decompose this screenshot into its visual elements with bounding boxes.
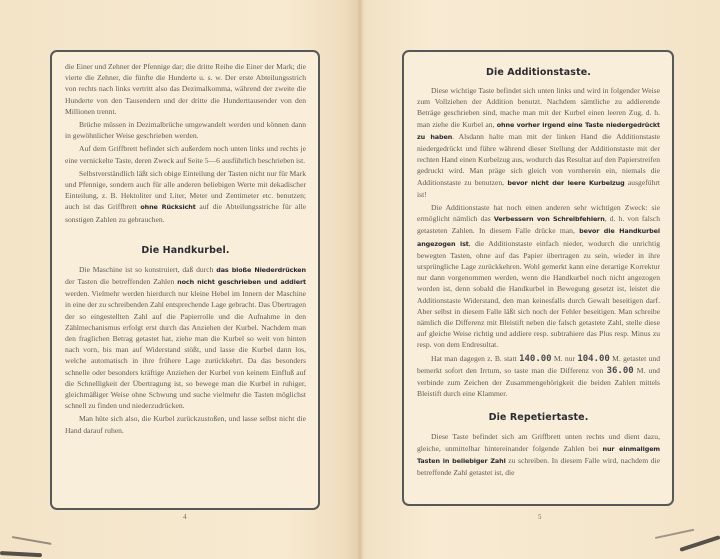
text-run: der Tasten die betreffenden Zahlen (65, 277, 177, 286)
additionstaste-section-text: Diese wichtige Taste befindet sich unten… (417, 85, 660, 399)
amount-value: 104.00 (577, 354, 610, 364)
emphasized-text: Verbessern von Schreibfehlern (494, 215, 605, 223)
emphasized-text: das bloße Niederdrücken (216, 266, 306, 274)
text-run: werden. Vielmehr werden hierdurch nur kl… (65, 289, 306, 410)
text-run: Die Maschine ist so konstruiert, daß dur… (79, 265, 216, 274)
emphasized-text: bevor nicht der leere Kurbelzug (507, 179, 624, 187)
section-heading-handkurbel: Die Handkurbel. (65, 245, 306, 256)
page-number-left: 4 (183, 513, 187, 521)
repetiertaste-section-text: Diese Taste befindet sich am Griffbrett … (417, 431, 660, 478)
section-heading-additionstaste: Die Additionstaste. (417, 67, 660, 78)
text-run: Auf dem Griffbrett befindet sich außerde… (65, 144, 306, 164)
paragraph: Die Maschine ist so konstruiert, daß dur… (65, 264, 306, 412)
amount-value: 36.00 (607, 366, 634, 376)
handkurbel-section-text: Die Maschine ist so konstruiert, daß dur… (65, 264, 306, 436)
left-page-intro-text: die Einer und Zehner der Pfennige dar; d… (65, 61, 306, 225)
paragraph: Auf dem Griffbrett befindet sich außerde… (65, 143, 306, 165)
left-page: die Einer und Zehner der Pfennige dar; d… (0, 0, 360, 559)
right-page: Die Additionstaste. Diese wichtige Taste… (360, 0, 720, 559)
emphasized-text: noch nicht geschrieben und addiert (177, 278, 306, 286)
paragraph: Brüche müssen in Dezimalbrüche umgewande… (65, 119, 306, 141)
paragraph: Die Additionstaste hat noch einen andere… (417, 202, 660, 351)
book-spread: die Einer und Zehner der Pfennige dar; d… (0, 0, 720, 559)
text-run: die Einer und Zehner der Pfennige dar; d… (65, 62, 306, 116)
section-heading-repetiertaste: Die Repetiertaste. (417, 412, 660, 423)
right-page-text-frame: Die Additionstaste. Diese wichtige Taste… (402, 50, 674, 506)
emphasized-text: ohne Rücksicht (140, 203, 195, 211)
page-number-right: 5 (538, 513, 542, 521)
amount-value: 140.00 (519, 354, 552, 364)
text-run: Brüche müssen in Dezimalbrüche umgewande… (65, 120, 306, 140)
text-run: Hat man dagegen z. B. statt (431, 354, 519, 363)
left-page-text-frame: die Einer und Zehner der Pfennige dar; d… (50, 50, 320, 510)
text-run: M. nur (552, 354, 578, 363)
paragraph: Selbstverständlich läßt sich obige Einte… (65, 168, 306, 225)
text-run: , die Additionstaste einfach nieder, wod… (417, 239, 660, 350)
paragraph: Man hüte sich also, die Kurbel zurückzus… (65, 413, 306, 435)
text-run: Man hüte sich also, die Kurbel zurückzus… (65, 414, 306, 434)
paragraph: die Einer und Zehner der Pfennige dar; d… (65, 61, 306, 117)
paragraph: Diese Taste befindet sich am Griffbrett … (417, 431, 660, 478)
paragraph: Diese wichtige Taste befindet sich unten… (417, 85, 660, 200)
paragraph: Hat man dagegen z. B. statt 140.00 M. nu… (417, 353, 660, 400)
